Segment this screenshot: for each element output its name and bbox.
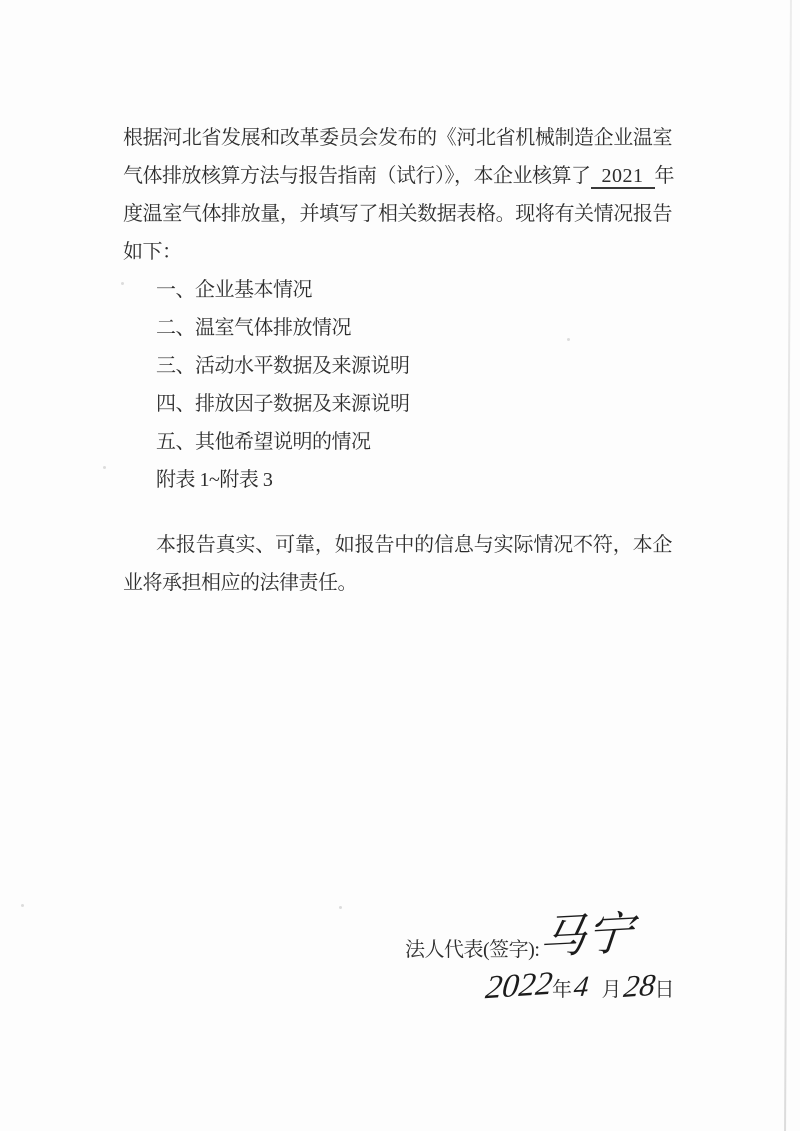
declaration-line-2: 业将承担相应的法律责任。 <box>123 564 672 602</box>
intro-line-1: 根据河北省发展和改革委员会发布的《河北省机械制造企业温室 <box>123 119 672 157</box>
signature-date: 2022年4月28日 <box>486 964 677 1014</box>
date-day-unit: 日 <box>655 979 677 1001</box>
date-year-unit: 年 <box>552 979 574 1001</box>
intro-line-2: 气体排放核算方法与报告指南（试行）》，本企业核算了2021年 <box>123 157 672 195</box>
toc-item-3: 三、活动水平数据及来源说明 <box>123 347 672 385</box>
report-body: 根据河北省发展和改革委员会发布的《河北省机械制造企业温室 气体排放核算方法与报告… <box>123 119 672 499</box>
intro-line-2-suffix: 年 <box>655 165 675 187</box>
signature-name-handwritten: 马宁 <box>537 904 635 969</box>
declaration-line-1: 本报告真实、可靠，如报告中的信息与实际情况不符，本企 <box>123 526 672 564</box>
date-day-handwritten: 28 <box>621 963 657 1009</box>
toc-item-5: 五、其他希望说明的情况 <box>123 423 672 461</box>
signature-label: 法人代表(签字): <box>405 936 539 964</box>
scan-edge-artifact <box>784 0 792 1131</box>
declaration-paragraph: 本报告真实、可靠，如报告中的信息与实际情况不符，本企 业将承担相应的法律责任。 <box>123 526 672 602</box>
toc-item-4: 四、排放因子数据及来源说明 <box>123 385 672 423</box>
scanned-report-page: 根据河北省发展和改革委员会发布的《河北省机械制造企业温室 气体排放核算方法与报告… <box>0 0 800 1131</box>
intro-line-3: 度温室气体排放量，并填写了相关数据表格。现将有关情况报告 <box>123 195 672 233</box>
scan-speck <box>103 466 106 469</box>
intro-line-4: 如下： <box>123 233 672 271</box>
toc-item-1: 一、企业基本情况 <box>123 271 672 309</box>
intro-line-2-text: 气体排放核算方法与报告指南（试行）》，本企业核算了 <box>123 165 591 187</box>
date-month-unit: 月 <box>602 979 624 1001</box>
date-year-handwritten: 2022 <box>483 962 554 1010</box>
scan-speck <box>21 904 24 907</box>
scan-speck <box>339 906 342 909</box>
appendix-line: 附表 1~附表 3 <box>123 461 672 499</box>
toc-item-2: 二、温室气体排放情况 <box>123 309 672 347</box>
date-month-handwritten: 4 <box>572 965 591 1010</box>
year-blank-underlined: 2021 <box>591 165 655 189</box>
